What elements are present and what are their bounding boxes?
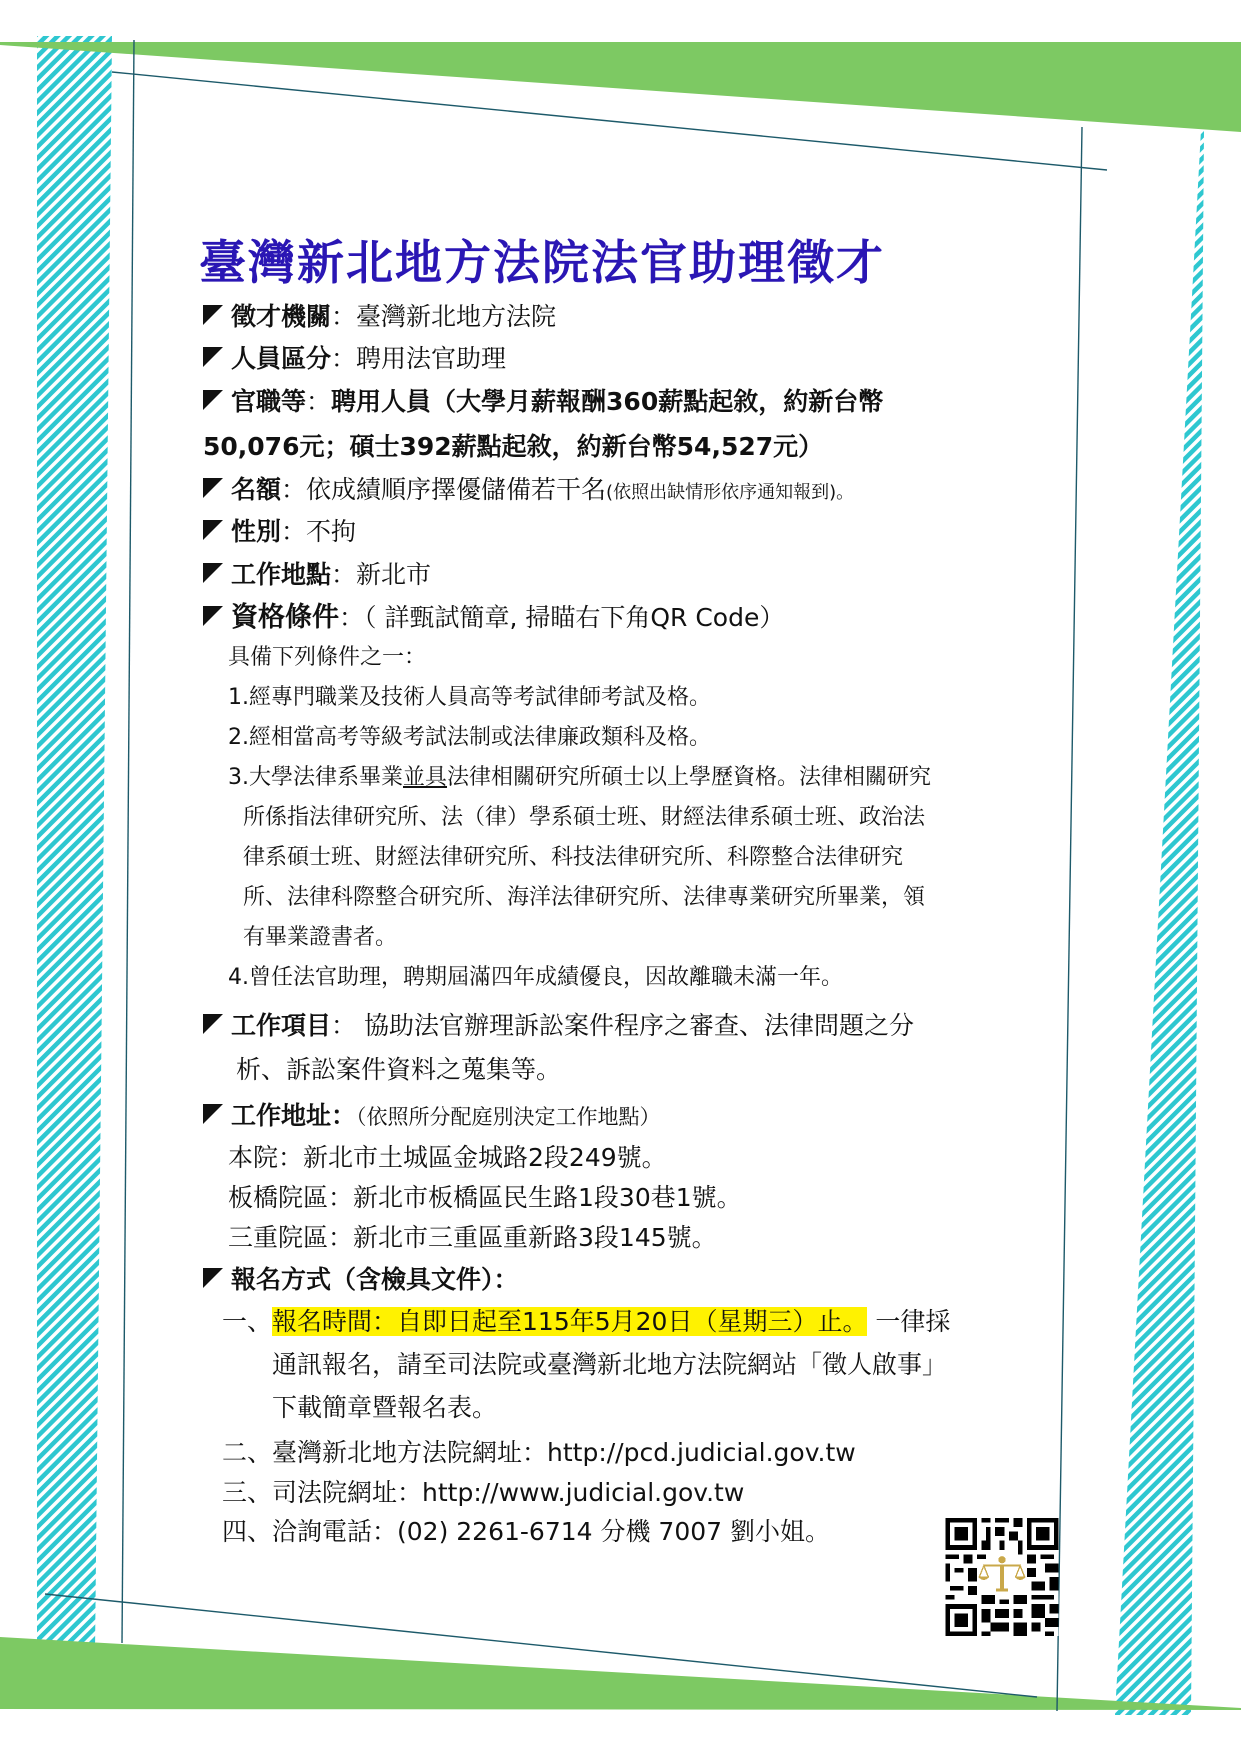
field-agency: 徵才機關：臺灣新北地方法院 (203, 299, 556, 335)
field-value: 新北市 (356, 560, 431, 589)
underlined-text: 並具 (403, 765, 447, 790)
field-label: 官職等 (231, 387, 306, 416)
qualification-item-3-line3: 律系碩士班、財經法律研究所、科技法律研究所、科際整合法律研究 (243, 840, 903, 876)
field-category: 人員區分：聘用法官助理 (203, 341, 506, 377)
field-label: 人員區分 (231, 344, 331, 373)
item-text: 法律相關研究所碩士以上學歷資格。法律相關研究 (447, 765, 931, 790)
recruitment-notice: 臺灣新北地方法院法官助理徵才 徵才機關：臺灣新北地方法院 人員區分：聘用法官助理… (0, 0, 1241, 1755)
qualifications-intro: 具備下列條件之一： (228, 640, 426, 676)
triangle-bullet-icon (203, 347, 223, 367)
application-item-2-court-url[interactable]: 二、臺灣新北地方法院網址：http://pcd.judicial.gov.tw (222, 1435, 856, 1471)
qualification-item-3: 3.大學法律系畢業並具法律相關研究所碩士以上學歷資格。法律相關研究 (228, 760, 931, 796)
separator: ： (331, 1011, 356, 1040)
field-label: 工作項目 (231, 1011, 331, 1040)
page-title: 臺灣新北地方法院法官助理徵才 (199, 226, 885, 293)
separator: ： (306, 387, 331, 416)
field-value: 聘用法官助理 (356, 344, 506, 373)
field-quota: 名額：依成績順序擇優儲備若干名(依照出缺情形依序通知報到)。 (203, 472, 854, 511)
triangle-bullet-icon (203, 563, 223, 583)
qualification-item-2: 2.經相當高考等級考試法制或法律廉政類科及格。 (228, 720, 711, 756)
field-label: 名額 (231, 475, 281, 504)
field-note: (依照出缺情形依序通知報到)。 (606, 482, 854, 503)
field-note: （依照所分配庭別決定工作地點） (356, 1105, 661, 1129)
triangle-bullet-icon (203, 478, 223, 498)
application-item-1-line3: 下載簡章暨報名表。 (272, 1390, 497, 1426)
field-label: 工作地址 (231, 1101, 331, 1130)
application-item-3-judicial-url[interactable]: 三、司法院網址：http://www.judicial.gov.tw (222, 1475, 744, 1511)
field-label: 工作地點 (231, 560, 331, 589)
item-text: 一律採 (875, 1307, 950, 1336)
field-location: 工作地點：新北市 (203, 557, 431, 593)
field-application: 報名方式（含檢具文件）： (203, 1262, 519, 1298)
field-rank-line2: 50,076元；碩士392薪點起敘，約新台幣54,527元） (203, 429, 823, 465)
qualification-item-1: 1.經專門職業及技術人員高等考試律師考試及格。 (228, 680, 711, 716)
qr-code-icon[interactable] (945, 1518, 1059, 1636)
field-gender: 性別：不拘 (203, 514, 356, 550)
field-rank: 官職等：聘用人員（大學月薪報酬360薪點起敘，約新台幣 (203, 384, 883, 420)
qualification-item-3-line2: 所係指法律研究所、法（律）學系碩士班、財經法律系碩士班、政治法 (243, 800, 925, 836)
field-duties-line2: 析、訴訟案件資料之蒐集等。 (236, 1052, 561, 1088)
triangle-bullet-icon (203, 305, 223, 325)
qualification-item-3-line4: 所、法律科際整合研究所、海洋法律研究所、法律專業研究所畢業，領 (243, 880, 925, 916)
separator: ： (281, 517, 306, 546)
separator: ： (331, 1101, 356, 1130)
triangle-bullet-icon (203, 1014, 223, 1034)
field-value: 不拘 (306, 517, 356, 546)
item-prefix: 一、 (222, 1307, 272, 1336)
field-value: 協助法官辦理訴訟案件程序之審查、法律問題之分 (364, 1011, 914, 1040)
qualification-item-3-line5: 有畢業證書者。 (243, 920, 397, 956)
address-banqiao: 板橋院區：新北市板橋區民生路1段30巷1號。 (228, 1180, 742, 1216)
triangle-bullet-icon (203, 390, 223, 410)
field-label: 資格條件 (231, 602, 339, 633)
field-note: （ 詳甄試簡章, 掃瞄右下角QR Code） (364, 603, 784, 632)
application-item-4-phone: 四、洽詢電話：(02) 2261-6714 分機 7007 劉小姐。 (222, 1514, 830, 1550)
separator: ： (339, 603, 364, 632)
address-main: 本院：新北市土城區金城路2段249號。 (228, 1140, 667, 1176)
field-duties: 工作項目： 協助法官辦理訴訟案件程序之審查、法律問題之分 (203, 1008, 914, 1044)
field-label: 性別 (231, 517, 281, 546)
triangle-bullet-icon (203, 1268, 223, 1288)
separator: ： (281, 475, 306, 504)
deadline-highlight: 報名時間：自即日起至115年5月20日（星期三）止。 (272, 1307, 867, 1336)
qualification-item-4: 4.曾任法官助理，聘期屆滿四年成績優良，因故離職未滿一年。 (228, 960, 843, 996)
field-value: 聘用人員（大學月薪報酬360薪點起敘，約新台幣 (331, 387, 883, 416)
field-value: 臺灣新北地方法院 (356, 302, 556, 331)
address-sanchong: 三重院區：新北市三重區重新路3段145號。 (228, 1220, 717, 1256)
field-label: 徵才機關 (231, 302, 331, 331)
separator: ： (331, 560, 356, 589)
separator: ： (331, 302, 356, 331)
field-qualifications: 資格條件：（ 詳甄試簡章, 掃瞄右下角QR Code） (203, 600, 784, 636)
field-value: 依成績順序擇優儲備若干名 (306, 475, 606, 504)
separator: ： (331, 344, 356, 373)
triangle-bullet-icon (203, 606, 223, 626)
application-item-1: 一、報名時間：自即日起至115年5月20日（星期三）止。 一律採 (222, 1304, 950, 1340)
triangle-bullet-icon (203, 1104, 223, 1124)
triangle-bullet-icon (203, 520, 223, 540)
field-label: 報名方式（含檢具文件）： (231, 1265, 519, 1294)
application-item-1-line2: 通訊報名，請至司法院或臺灣新北地方法院網站「徵人啟事」 (272, 1347, 947, 1383)
field-address: 工作地址：（依照所分配庭別決定工作地點） (203, 1098, 661, 1135)
item-text: 3.大學法律系畢業 (228, 765, 403, 790)
